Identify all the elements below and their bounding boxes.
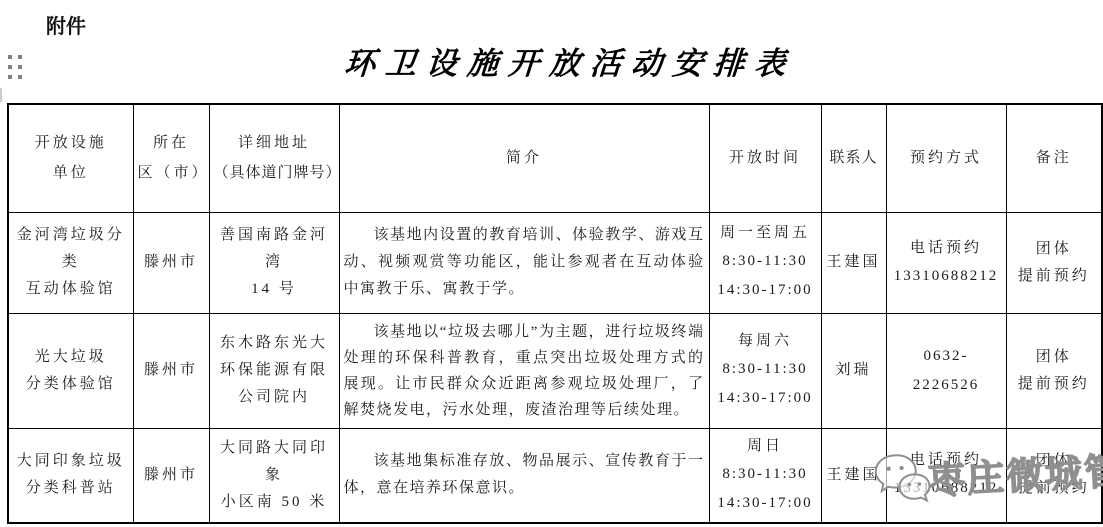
col-header-intro: 简介	[339, 104, 709, 212]
schedule-table: 开放设施 单位 所在 区（市） 详细地址 （具体道门牌号） 简介 开放时间 联系…	[7, 103, 1103, 524]
cell-note: 团体 提前预约	[1006, 313, 1102, 428]
cell-note: 团体 提前预约	[1006, 212, 1102, 313]
cell-unit: 金河湾垃圾分类 互动体验馆	[8, 212, 133, 313]
cell-booking: 电话预约 13310688212	[886, 428, 1006, 523]
cell-unit: 光大垃圾 分类体验馆	[8, 313, 133, 428]
cell-district: 滕州市	[133, 428, 209, 523]
header-row: 开放设施 单位 所在 区（市） 详细地址 （具体道门牌号） 简介 开放时间 联系…	[8, 104, 1102, 212]
document-page: 附件 环卫设施开放活动安排表 开放设施 单位 所在 区（市） 详细地址 （具体道…	[0, 0, 1103, 527]
table-row: 光大垃圾 分类体验馆 滕州市 东木路东光大 环保能源有限 公司院内 该基地以“垃…	[8, 313, 1102, 428]
cell-booking: 0632-2226526	[886, 313, 1006, 428]
col-header-contact: 联系人	[821, 104, 886, 212]
cell-booking: 电话预约 13310688212	[886, 212, 1006, 313]
cell-address: 大同路大同印象 小区南 50 米	[209, 428, 339, 523]
col-header-time: 开放时间	[709, 104, 821, 212]
col-header-note: 备注	[1006, 104, 1102, 212]
col-header-booking: 预约方式	[886, 104, 1006, 212]
col-header-unit: 开放设施 单位	[8, 104, 133, 212]
cell-contact: 刘瑞	[821, 313, 886, 428]
cell-open-time: 周日 8:30-11:30 14:30-17:00	[709, 428, 821, 523]
cell-open-time: 周一至周五 8:30-11:30 14:30-17:00	[709, 212, 821, 313]
cell-intro: 该基地以“垃圾去哪儿”为主题，进行垃圾终端处理的环保科普教育，重点突出垃圾处理方…	[339, 313, 709, 428]
table-row: 金河湾垃圾分类 互动体验馆 滕州市 善国南路金河湾 14 号 该基地内设置的教育…	[8, 212, 1102, 313]
attachment-label: 附件	[46, 10, 86, 39]
document-title: 环卫设施开放活动安排表	[0, 38, 1103, 83]
cell-contact: 王建国	[821, 428, 886, 523]
cell-intro: 该基地集标准存放、物品展示、宣传教育于一体，意在培养环保意识。	[339, 428, 709, 523]
cell-unit: 大同印象垃圾 分类科普站	[8, 428, 133, 523]
cell-district: 滕州市	[133, 212, 209, 313]
cell-district: 滕州市	[133, 313, 209, 428]
cell-contact: 王建国	[821, 212, 886, 313]
table-row: 大同印象垃圾 分类科普站 滕州市 大同路大同印象 小区南 50 米 该基地集标准…	[8, 428, 1102, 523]
cell-intro: 该基地内设置的教育培训、体验教学、游戏互动、视频观赏等功能区，能让参观者在互动体…	[339, 212, 709, 313]
cell-note: 团体 提前预约	[1006, 428, 1102, 523]
cell-address: 东木路东光大 环保能源有限 公司院内	[209, 313, 339, 428]
col-header-address: 详细地址 （具体道门牌号）	[209, 104, 339, 212]
page-edge-mark	[0, 88, 2, 102]
cell-open-time: 每周六 8:30-11:30 14:30-17:00	[709, 313, 821, 428]
cell-address: 善国南路金河湾 14 号	[209, 212, 339, 313]
col-header-district: 所在 区（市）	[133, 104, 209, 212]
